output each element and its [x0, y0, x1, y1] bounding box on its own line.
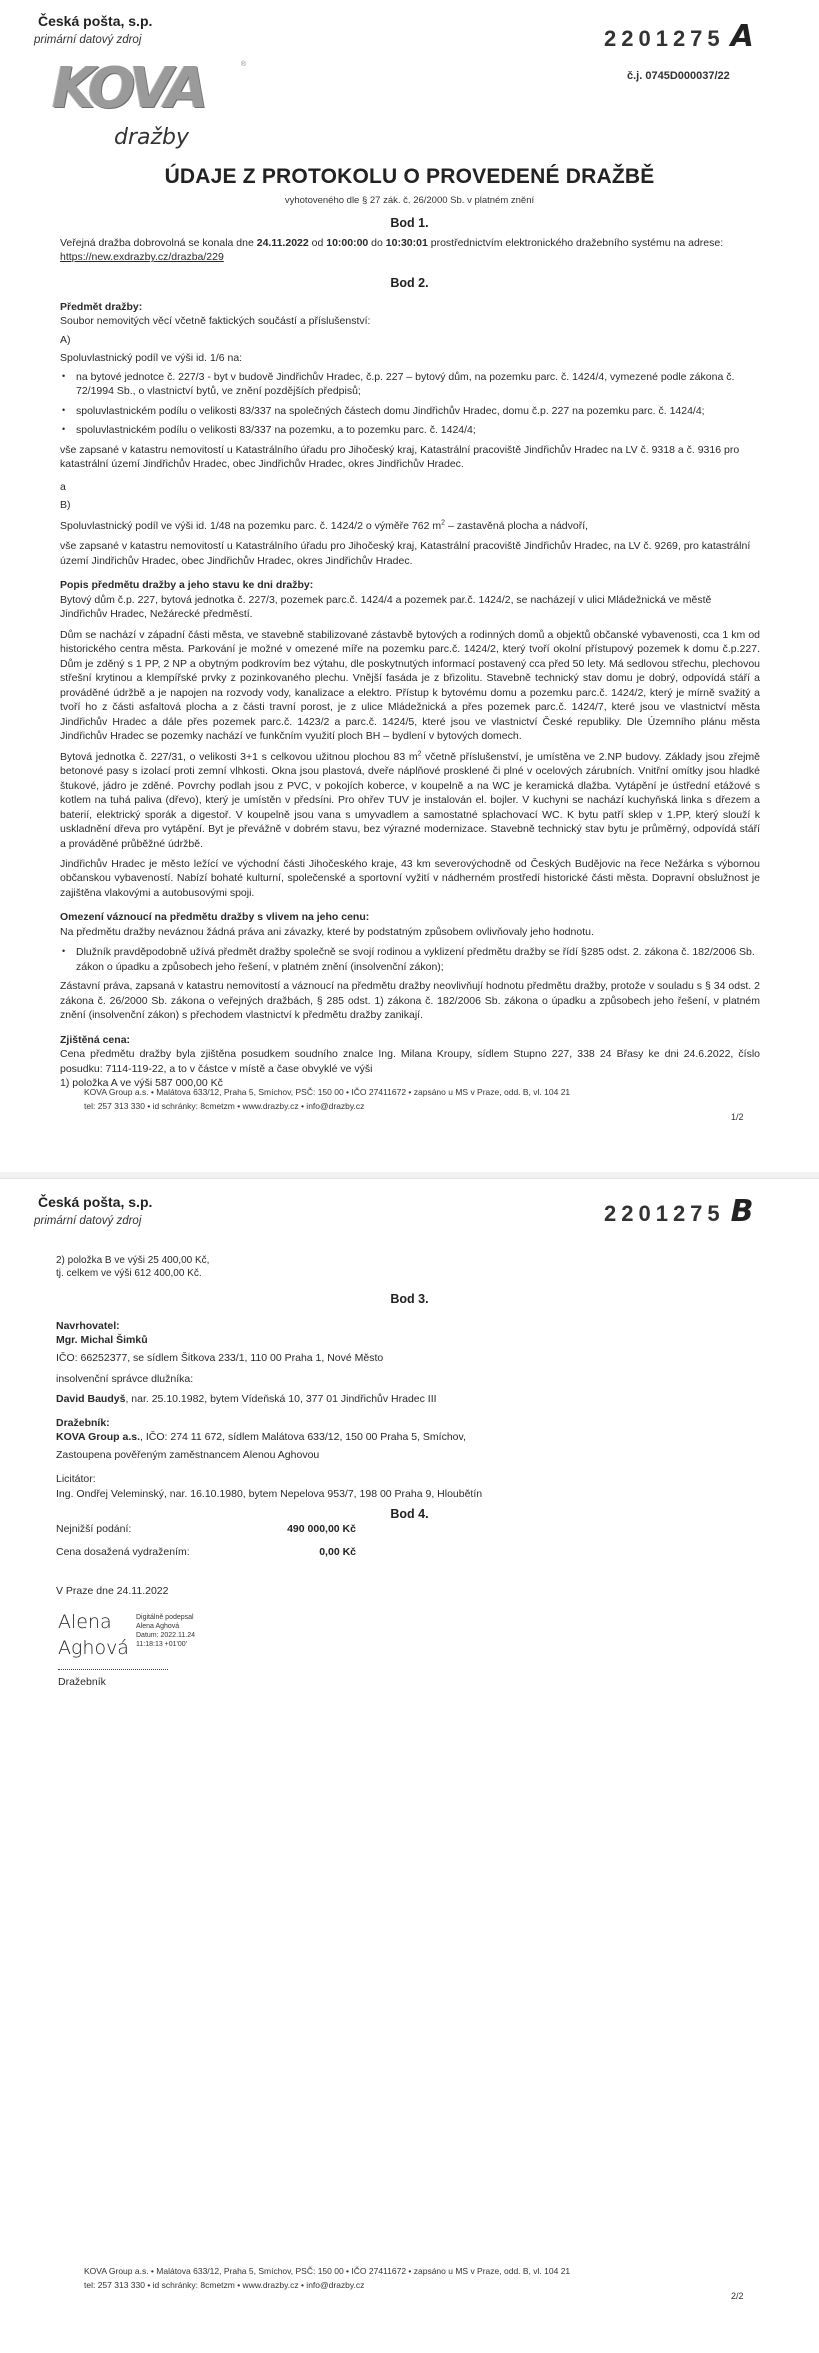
description-unit-pre: Bytová jednotka č. 227/31, o velikosti 3… — [60, 751, 418, 763]
document-letter: B — [731, 1194, 754, 1229]
proposer-role: insolvenční správce dlužníka: — [56, 1372, 756, 1386]
footer-line-1: KOVA Group a.s. • Malátova 633/12, Praha… — [84, 2265, 570, 2279]
page-subtitle: vyhotoveného dle § 27 zák. č. 26/2000 Sb… — [0, 194, 819, 207]
licitator-details: Ing. Ondřej Veleminský, nar. 16.10.1980,… — [56, 1487, 756, 1501]
proposer-name: Mgr. Michal Šimků — [56, 1333, 756, 1347]
part-b-label: B) — [60, 498, 760, 512]
part-b-share-text: Spoluvlastnický podíl ve výši id. 1/48 n… — [60, 520, 441, 532]
encumbrances-intro: Na předmětu dražby neváznou žádná práva … — [60, 925, 760, 939]
price-item-b: 2) položka B ve výši 25 400,00 Kč, — [56, 1254, 756, 1267]
page-title: ÚDAJE Z PROTOKOLU O PROVEDENÉ DRAŽBĚ — [0, 163, 819, 192]
auctioneer-representative: Zastoupena pověřeným zaměstnancem Alenou… — [56, 1448, 756, 1462]
footer-line-1: KOVA Group a.s. • Malátova 633/12, Praha… — [84, 1086, 570, 1100]
auction-date: 24.11.2022 — [257, 237, 309, 249]
auction-time-from: 10:00:00 — [326, 237, 368, 249]
text-do: do — [368, 237, 386, 249]
sender-name: Česká pošta, s.p. — [38, 12, 152, 31]
document-letter: A — [731, 19, 754, 54]
signature-line — [58, 1669, 168, 1670]
list-item: Dlužník pravděpodobně užívá předmět draž… — [60, 945, 760, 974]
description-house: Dům se nachází v západní části města, ve… — [60, 628, 760, 744]
price-total: tj. celkem ve výši 612 400,00 Kč. — [56, 1267, 756, 1280]
part-a-label: A) — [60, 333, 760, 347]
bod-2-content: Předmět dražby: Soubor nemovitých věcí v… — [60, 300, 760, 1091]
part-a-share: Spoluvlastnický podíl ve výši id. 1/6 na… — [60, 351, 760, 365]
bod-1-text-post: prostřednictvím elektronického dražebníh… — [428, 237, 723, 249]
price-label: Zjištěná cena: — [60, 1033, 760, 1047]
sender-subtitle: primární datový zdroj — [34, 1214, 141, 1230]
description-unit: Bytová jednotka č. 227/31, o velikosti 3… — [60, 750, 760, 851]
price-text: Cena předmětu dražby byla zjištěna posud… — [60, 1047, 760, 1076]
footer-line-2: tel: 257 313 330 • id schránky: 8cmetzm … — [84, 2279, 570, 2293]
auctioneer-label: Dražebník: — [56, 1416, 756, 1430]
page-number: 1/2 — [731, 1111, 744, 1123]
auction-time-to: 10:30:01 — [386, 237, 428, 249]
part-b-share-post: – zastavěná plocha a nádvoří, — [445, 520, 588, 532]
encumbrances-items: Dlužník pravděpodobně užívá předmět draž… — [60, 945, 760, 974]
debtor-details: , nar. 25.10.1982, bytem Vídeňská 10, 37… — [125, 1393, 436, 1405]
signature-meta-line: 11:18:13 +01'00' — [136, 1640, 216, 1649]
achieved-price-row: Cena dosažená vydražením: 0,00 Kč — [56, 1545, 190, 1559]
lowest-bid-value: 490 000,00 Kč — [56, 1522, 356, 1536]
bod-3-content: Navrhovatel: Mgr. Michal Šimků IČO: 6625… — [56, 1319, 756, 1501]
part-a-registry: vše zapsané v katastru nemovitostí u Kat… — [60, 443, 760, 472]
subject-label: Předmět dražby: — [60, 300, 760, 314]
document-number: 2201275B — [604, 1191, 754, 1232]
description-town: Jindřichův Hradec je město ležící ve výc… — [60, 857, 760, 900]
sender-name: Česká pošta, s.p. — [38, 1193, 152, 1212]
description-intro: Bytový dům č.p. 227, bytová jednotka č. … — [60, 593, 760, 622]
auctioneer-details: , IČO: 274 11 672, sídlem Malátova 633/1… — [140, 1431, 466, 1443]
page-2: Česká pošta, s.p. primární datový zdroj … — [0, 1178, 819, 2353]
description-label: Popis předmětu dražby a jeho stavu ke dn… — [60, 578, 760, 592]
document-number-digits: 2201275 — [604, 1201, 725, 1226]
encumbrances-label: Omezení váznoucí na předmětu dražby s vl… — [60, 910, 760, 924]
lowest-bid-row: Nejnižší podání: 490 000,00 Kč — [56, 1522, 131, 1536]
bod-3-heading: Bod 3. — [0, 1291, 819, 1308]
signature-meta-line: Digitálně podepsal — [136, 1613, 216, 1622]
sender-subtitle: primární datový zdroj — [34, 33, 141, 49]
conjunction: a — [60, 480, 760, 494]
bod-1-text: Veřejná dražba dobrovolná se konala dne … — [60, 236, 760, 265]
page-footer: KOVA Group a.s. • Malátova 633/12, Praha… — [84, 2265, 570, 2292]
part-b-registry: vše zapsané v katastru nemovitostí u Kat… — [60, 539, 760, 568]
place-date: V Praze dne 24.11.2022 — [56, 1584, 756, 1598]
registered-mark: ® — [241, 60, 246, 70]
signature-meta-line: Datum: 2022.11.24 — [136, 1631, 216, 1640]
licitator-label: Licitátor: — [56, 1472, 756, 1486]
document-number-digits: 2201275 — [604, 26, 725, 51]
bod-2-heading: Bod 2. — [0, 275, 819, 292]
text-od: od — [309, 237, 327, 249]
signature-metadata: Digitálně podepsal Alena Aghová Datum: 2… — [136, 1613, 216, 1649]
subject-intro: Soubor nemovitých věcí včetně faktických… — [60, 314, 760, 328]
digital-signature: Alena Aghová Digitálně podepsal Alena Ag… — [58, 1609, 129, 1661]
debtor: David Baudyš, nar. 25.10.1982, bytem Víd… — [56, 1392, 756, 1406]
signature-name-first: Alena — [58, 1609, 129, 1635]
page-number: 2/2 — [731, 2290, 744, 2302]
price-continuation: 2) položka B ve výši 25 400,00 Kč, tj. c… — [56, 1254, 756, 1280]
list-item: spoluvlastnickém podílu o velikosti 83/3… — [60, 404, 760, 418]
auction-url-link[interactable]: https://new.exdrazby.cz/drazba/229 — [60, 251, 224, 263]
encumbrances-pledges: Zástavní práva, zapsaná v katastru nemov… — [60, 979, 760, 1022]
part-b-share: Spoluvlastnický podíl ve výši id. 1/48 n… — [60, 519, 760, 533]
proposer-label: Navrhovatel: — [56, 1319, 756, 1333]
debtor-name: David Baudyš — [56, 1393, 125, 1405]
bod-1-text-pre: Veřejná dražba dobrovolná se konala dne — [60, 237, 257, 249]
list-item: na bytové jednotce č. 227/3 - byt v budo… — [60, 370, 760, 399]
page-footer: KOVA Group a.s. • Malátova 633/12, Praha… — [84, 1086, 570, 1113]
kova-logo: KOVA ® — [52, 58, 242, 120]
achieved-price-value: 0,00 Kč — [56, 1545, 356, 1559]
list-item: spoluvlastnickém podílu o velikosti 83/3… — [60, 423, 760, 437]
footer-line-2: tel: 257 313 330 • id schránky: 8cmetzm … — [84, 1100, 570, 1114]
page-1: Česká pošta, s.p. primární datový zdroj … — [0, 0, 819, 1178]
proposer-details: IČO: 66252377, se sídlem Šitkova 233/1, … — [56, 1351, 756, 1365]
signature-name-last: Aghová — [58, 1635, 129, 1661]
logo-text: KOVA — [52, 58, 242, 120]
reference-number: č.j. 0745D000037/22 — [627, 69, 730, 84]
logo-subtitle: dražby — [114, 123, 189, 153]
auctioneer: KOVA Group a.s., IČO: 274 11 672, sídlem… — [56, 1430, 756, 1444]
signature-meta-line: Alena Aghová — [136, 1622, 216, 1631]
bod-1-heading: Bod 1. — [0, 215, 819, 232]
description-unit-post: včetně příslušenství, je umístěna ve 2.N… — [60, 751, 760, 850]
signature-role: Dražebník — [58, 1675, 106, 1689]
part-a-items: na bytové jednotce č. 227/3 - byt v budo… — [60, 370, 760, 438]
auctioneer-name: KOVA Group a.s. — [56, 1431, 140, 1443]
document-number: 2201275A — [604, 16, 754, 57]
bod-4-heading: Bod 4. — [0, 1506, 819, 1523]
